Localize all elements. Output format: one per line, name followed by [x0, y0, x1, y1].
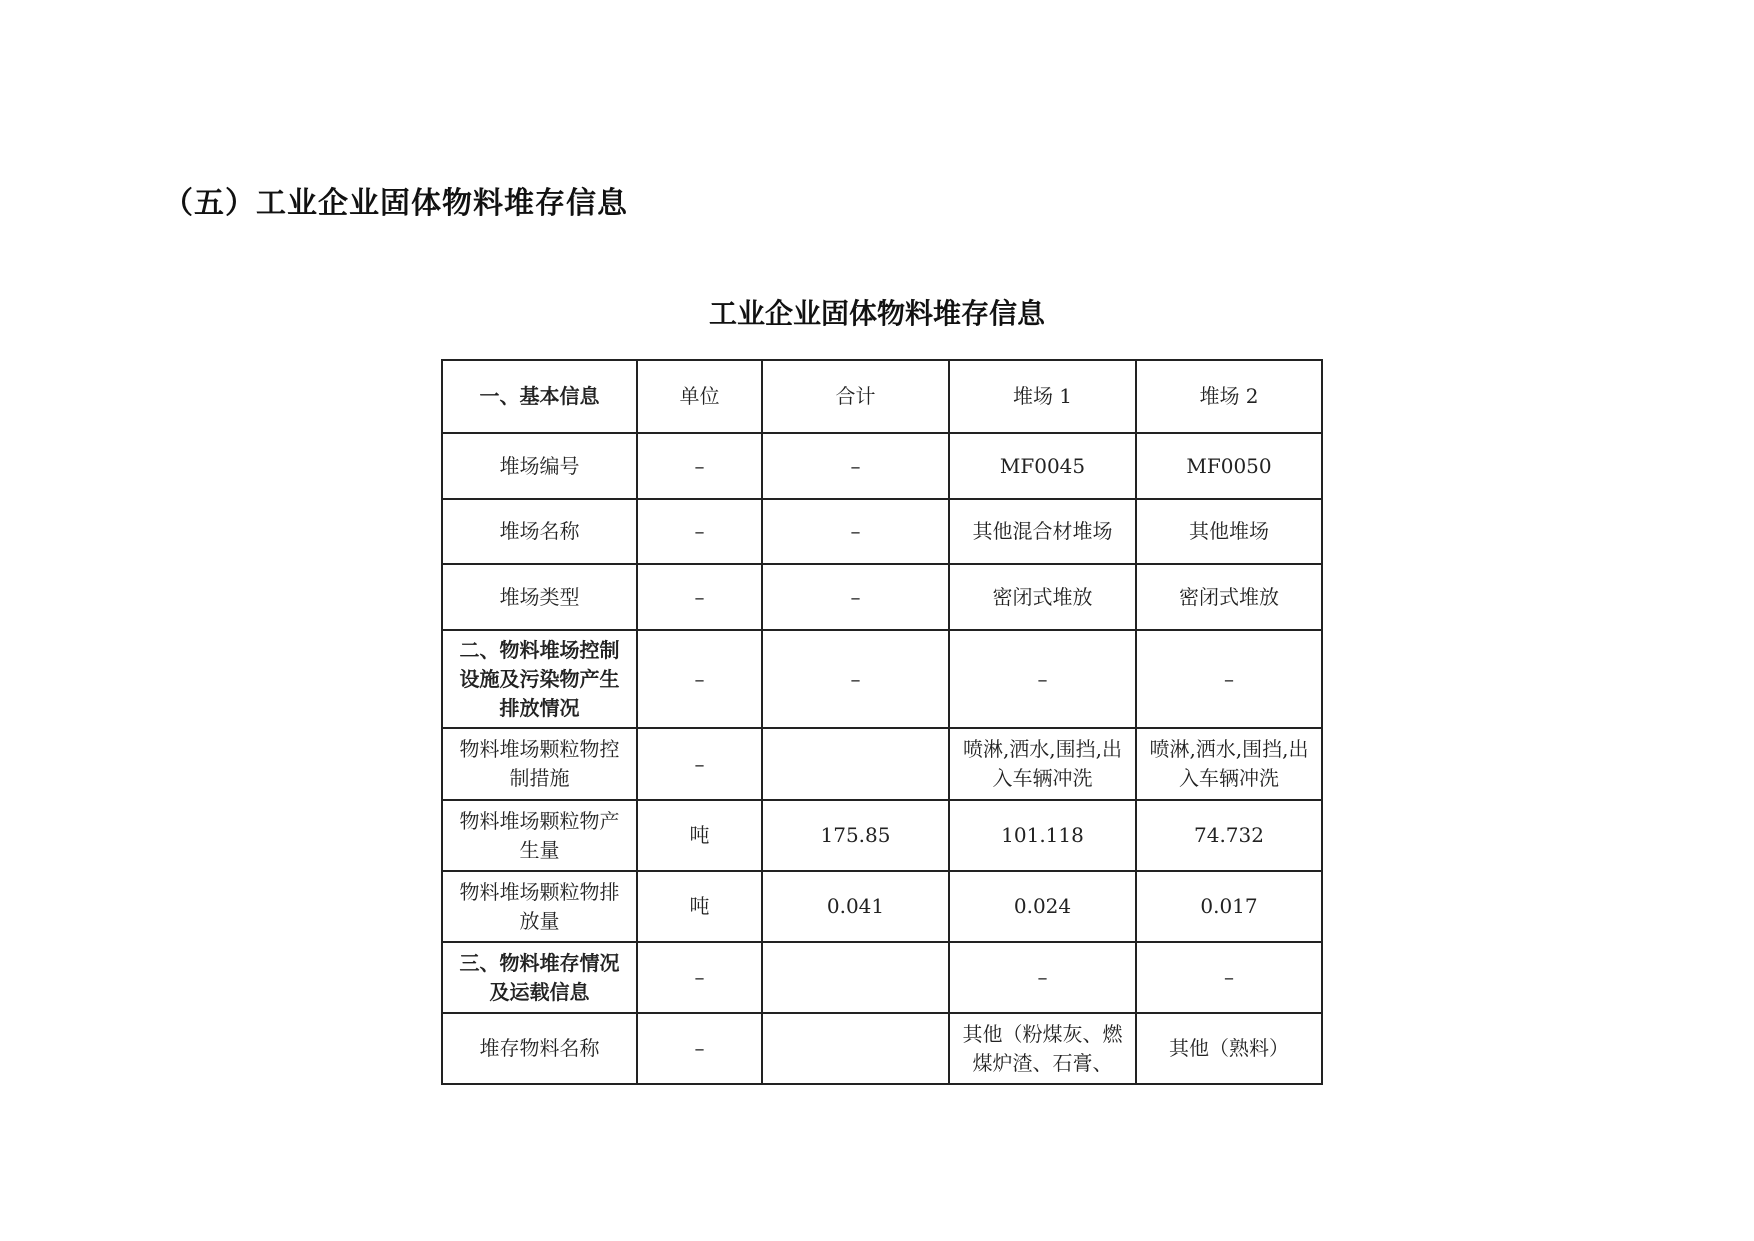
- row-label: 堆存物料名称: [442, 1013, 637, 1084]
- row-unit: –: [637, 728, 762, 800]
- row-unit: 吨: [637, 871, 762, 942]
- row-unit: 吨: [637, 800, 762, 871]
- row-unit: –: [637, 630, 762, 728]
- row-unit: –: [637, 942, 762, 1013]
- row-yard-1: –: [949, 942, 1136, 1013]
- row-unit: –: [637, 1013, 762, 1084]
- row-total: [762, 942, 949, 1013]
- row-total: [762, 1013, 949, 1084]
- row-yard-1: 喷淋,洒水,围挡,出入车辆冲洗: [949, 728, 1136, 800]
- table-header-row: 一、基本信息 单位 合计 堆场 1 堆场 2: [442, 360, 1322, 433]
- row-total: 175.85: [762, 800, 949, 871]
- row-label: 物料堆场颗粒物排放量: [442, 871, 637, 942]
- row-yard-2: 0.017: [1136, 871, 1322, 942]
- row-yard-2: MF0050: [1136, 433, 1322, 499]
- table-row: 堆场编号 – – MF0045 MF0050: [442, 433, 1322, 499]
- header-unit: 单位: [637, 360, 762, 433]
- row-unit: –: [637, 499, 762, 564]
- table-row: 物料堆场颗粒物产生量 吨 175.85 101.118 74.732: [442, 800, 1322, 871]
- row-label: 堆场编号: [442, 433, 637, 499]
- row-total: –: [762, 499, 949, 564]
- row-yard-1: 其他混合材堆场: [949, 499, 1136, 564]
- row-yard-2: 其他堆场: [1136, 499, 1322, 564]
- row-yard-1: 其他（粉煤灰、燃煤炉渣、石膏、: [949, 1013, 1136, 1084]
- table-row: 堆场类型 – – 密闭式堆放 密闭式堆放: [442, 564, 1322, 630]
- table-section-row: 二、物料堆场控制设施及污染物产生排放情况 – – – –: [442, 630, 1322, 728]
- row-label: 堆场名称: [442, 499, 637, 564]
- row-unit: –: [637, 433, 762, 499]
- table-row: 堆存物料名称 – 其他（粉煤灰、燃煤炉渣、石膏、 其他（熟料）: [442, 1013, 1322, 1084]
- table-row: 物料堆场颗粒物排放量 吨 0.041 0.024 0.017: [442, 871, 1322, 942]
- row-yard-1: MF0045: [949, 433, 1136, 499]
- row-total: 0.041: [762, 871, 949, 942]
- row-total: –: [762, 564, 949, 630]
- row-yard-2: 喷淋,洒水,围挡,出入车辆冲洗: [1136, 728, 1322, 800]
- row-total: [762, 728, 949, 800]
- row-label: 堆场类型: [442, 564, 637, 630]
- section-label: 三、物料堆存情况及运载信息: [442, 942, 637, 1013]
- section-label: 二、物料堆场控制设施及污染物产生排放情况: [442, 630, 637, 728]
- header-yard-2: 堆场 2: [1136, 360, 1322, 433]
- row-total: –: [762, 433, 949, 499]
- row-label: 物料堆场颗粒物产生量: [442, 800, 637, 871]
- row-yard-2: –: [1136, 942, 1322, 1013]
- header-yard-1: 堆场 1: [949, 360, 1136, 433]
- row-yard-1: 密闭式堆放: [949, 564, 1136, 630]
- table-title: 工业企业固体物料堆存信息: [0, 292, 1754, 332]
- row-unit: –: [637, 564, 762, 630]
- row-yard-1: 101.118: [949, 800, 1136, 871]
- row-yard-2: 其他（熟料）: [1136, 1013, 1322, 1084]
- table-row: 物料堆场颗粒物控制措施 – 喷淋,洒水,围挡,出入车辆冲洗 喷淋,洒水,围挡,出…: [442, 728, 1322, 800]
- row-yard-2: 密闭式堆放: [1136, 564, 1322, 630]
- table-row: 堆场名称 – – 其他混合材堆场 其他堆场: [442, 499, 1322, 564]
- table-section-row: 三、物料堆存情况及运载信息 – – –: [442, 942, 1322, 1013]
- row-yard-2: –: [1136, 630, 1322, 728]
- header-basic-info: 一、基本信息: [442, 360, 637, 433]
- header-total: 合计: [762, 360, 949, 433]
- row-total: –: [762, 630, 949, 728]
- section-heading: （五）工业企业固体物料堆存信息: [163, 178, 628, 222]
- row-label: 物料堆场颗粒物控制措施: [442, 728, 637, 800]
- storage-info-table: 一、基本信息 单位 合计 堆场 1 堆场 2 堆场编号 – – MF0045 M…: [441, 359, 1323, 1085]
- row-yard-1: 0.024: [949, 871, 1136, 942]
- row-yard-1: –: [949, 630, 1136, 728]
- row-yard-2: 74.732: [1136, 800, 1322, 871]
